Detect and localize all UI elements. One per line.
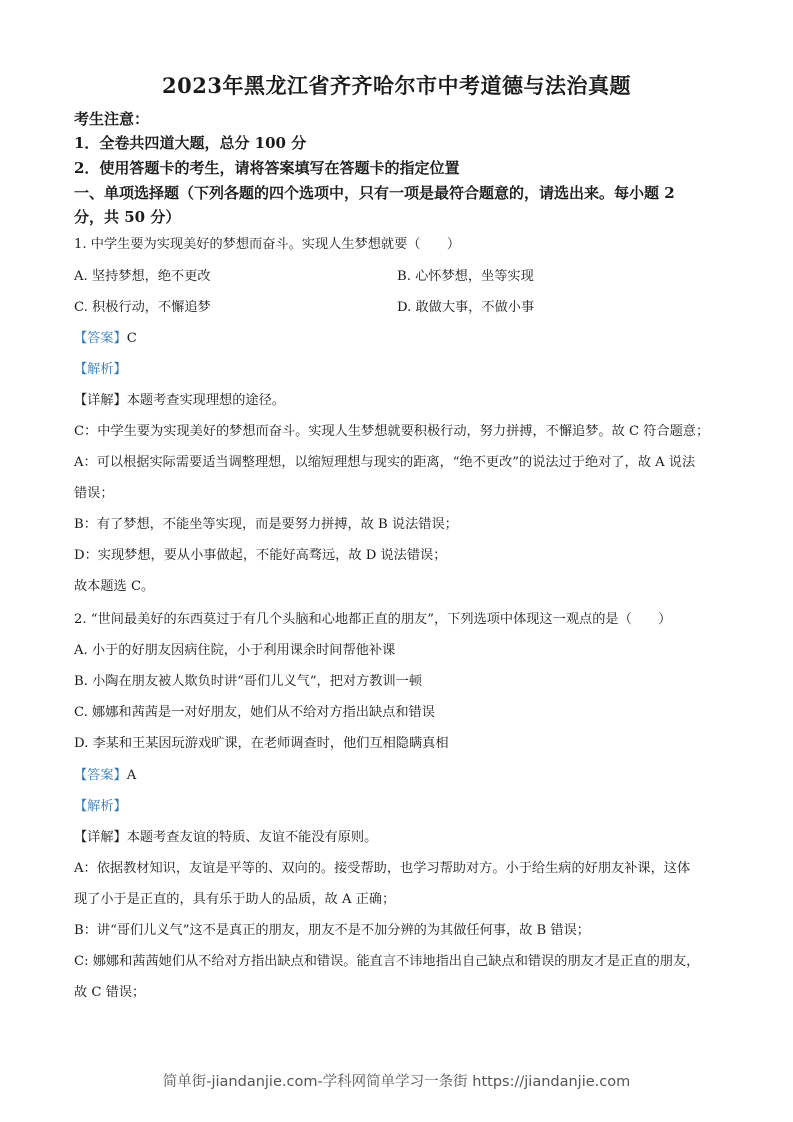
- q1-option-d: D. 敢做大事，不做小事: [397, 296, 534, 315]
- q1-detail-line: B：有了梦想，不能坐等实现，而是要努力拼搏，故 B 说法错误；: [74, 513, 458, 532]
- q1-detail-line: 【详解】本题考查实现理想的途径。: [74, 389, 285, 408]
- q1-option-a: A. 坚持梦想，绝不更改: [74, 265, 211, 284]
- answer-value: A: [127, 768, 137, 783]
- question-1-stem: 1. 中学生要为实现美好的梦想而奋斗。实现人生梦想就要（ ）: [74, 233, 460, 252]
- q1-detail-line: D：实现梦想，要从小事做起，不能好高骛远，故 D 说法错误；: [74, 544, 446, 563]
- q1-analysis-tag: 【解析】: [74, 358, 127, 377]
- notice-heading: 考生注意：: [74, 108, 149, 129]
- q1-option-c: C. 积极行动，不懈追梦: [74, 296, 211, 315]
- section-heading-cont: 分，共 50 分）: [74, 206, 180, 227]
- q1-option-b: B. 心怀梦想，坐等实现: [397, 265, 534, 284]
- watermark-footer: 简单街-jiandanjie.com-学科网简单学习一条街 https://ji…: [0, 1070, 793, 1091]
- q1-detail-line: 故本题选 C。: [74, 575, 154, 594]
- q2-option-a: A. 小于的好朋友因病住院，小于利用课余时间帮他补课: [74, 639, 395, 658]
- notice-item-1: 1．全卷共四道大题，总分 100 分: [74, 132, 306, 153]
- q2-detail-line: 【详解】本题考查友谊的特质、友谊不能没有原则。: [74, 826, 377, 845]
- notice-item-2: 2．使用答题卡的考生，请将答案填写在答题卡的指定位置: [74, 157, 459, 178]
- answer-value: C: [127, 331, 137, 346]
- q2-option-d: D. 李某和王某因玩游戏旷课，在老师调查时，他们互相隐瞒真相: [74, 732, 449, 751]
- answer-tag: 【答案】: [74, 331, 127, 346]
- q2-detail-line: 现了小于是正直的，具有乐于助人的品质，故 A 正确；: [74, 888, 395, 907]
- q2-analysis-tag: 【解析】: [74, 795, 127, 814]
- q2-detail-line: C: 娜娜和茜茜她们从不给对方指出缺点和错误。能直言不讳地指出自己缺点和错误的朋…: [74, 950, 699, 969]
- q2-option-c: C. 娜娜和茜茜是一对好朋友，她们从不给对方指出缺点和错误: [74, 701, 435, 720]
- q2-detail-line: A：依据教材知识，友谊是平等的、双向的。接受帮助，也学习帮助对方。小于给生病的好…: [74, 857, 690, 876]
- answer-tag: 【答案】: [74, 768, 127, 783]
- q1-answer: 【答案】C: [74, 327, 137, 346]
- q2-option-b: B. 小陶在朋友被人欺负时讲“哥们儿义气”，把对方教训一顿: [74, 670, 422, 689]
- document-title: 2023年黑龙江省齐齐哈尔市中考道德与法治真题: [0, 70, 793, 100]
- q2-detail-line: B：讲“哥们儿义气”这不是真正的朋友，朋友不是不加分辨的为其做任何事，故 B 错…: [74, 919, 590, 938]
- q2-detail-line: 故 C 错误；: [74, 981, 145, 1000]
- q2-answer: 【答案】A: [74, 764, 136, 783]
- q1-detail-line: 错误；: [74, 482, 114, 501]
- section-heading: 一、单项选择题（下列各题的四个选项中，只有一项是最符合题意的，请选出来。每小题 …: [74, 182, 675, 203]
- q1-detail-line: A：可以根据实际需要适当调整理想，以缩短理想与现实的距离，“绝不更改”的说法过于…: [74, 451, 695, 470]
- q1-detail-line: C：中学生要为实现美好的梦想而奋斗。实现人生梦想就要积极行动，努力拼搏，不懈追梦…: [74, 420, 709, 439]
- question-2-stem: 2. “世间最美好的东西莫过于有几个头脑和心地都正直的朋友”，下列选项中体现这一…: [74, 608, 671, 627]
- document-page: 2023年黑龙江省齐齐哈尔市中考道德与法治真题 考生注意： 1．全卷共四道大题，…: [0, 0, 793, 1122]
